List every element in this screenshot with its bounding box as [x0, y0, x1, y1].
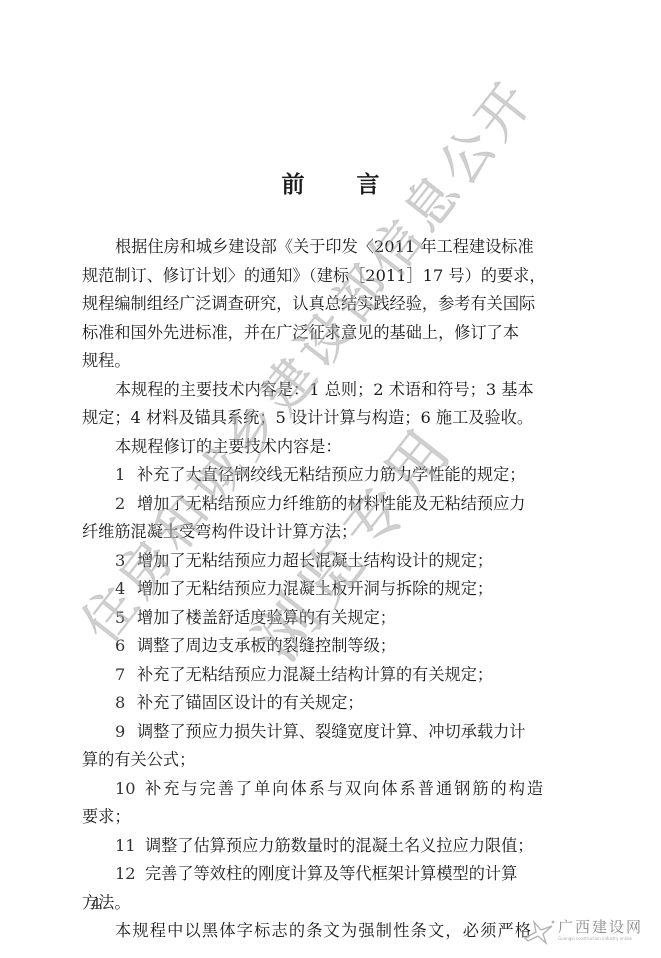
revision-number: 4	[115, 575, 137, 604]
revision-number: 11	[115, 832, 145, 861]
revision-text: 补充与完善了单向体系与双向体系普通钢筋的构造	[145, 779, 545, 798]
logo-subtitle: Guangxi construction industry online	[558, 936, 632, 941]
paragraph-line: 规程。	[82, 347, 576, 376]
paragraph-line: 规程编制组经广泛调查研究，认真总结实践经验，参考有关国际	[82, 290, 576, 319]
revision-item-2-cont: 纤维筋混凝土受弯构件设计计算方法；	[82, 518, 576, 547]
revision-number: 12	[115, 860, 145, 889]
revision-text: 调整了估算预应力筋数量时的混凝土名义拉应力限值；	[145, 836, 534, 855]
revision-intro: 本规程修订的主要技术内容是：	[82, 433, 576, 462]
page-number: 4	[91, 895, 101, 913]
revision-text: 补充了大直径钢绞线无粘结预应力筋力学性能的规定；	[137, 465, 526, 484]
revision-text: 增加了无粘结预应力超长混凝土结构设计的规定；	[137, 551, 493, 570]
revision-number: 6	[115, 632, 137, 661]
revision-item-9-cont: 算的有关公式；	[82, 746, 576, 775]
revision-item-10: 10补充与完善了单向体系与双向体系普通钢筋的构造	[82, 775, 576, 804]
revision-text: 调整了周边支承板的裂缝控制等级；	[137, 636, 396, 655]
mandatory-clause-note: 本规程中以黑体字标志的条文为强制性条文，必须严格	[82, 917, 576, 946]
site-logo: 广西建设网 Guangxi construction industry onli…	[520, 914, 661, 950]
revision-text: 调整了预应力损失计算、裂缝宽度计算、冲切承载力计	[137, 722, 526, 741]
revision-item-3: 3增加了无粘结预应力超长混凝土结构设计的规定；	[82, 547, 576, 576]
revision-number: 9	[115, 718, 137, 747]
star-logo-icon	[522, 916, 556, 946]
revision-item-8: 8补充了锚固区设计的有关规定；	[82, 689, 576, 718]
revision-number: 1	[115, 461, 137, 490]
document-body: 根据住房和城乡建设部《关于印发〈2011 年工程建设标准 规范制订、修订计划〉的…	[82, 233, 576, 946]
revision-item-10-cont: 要求；	[82, 803, 576, 832]
revision-number: 7	[115, 661, 137, 690]
revision-item-5: 5增加了楼盖舒适度验算的有关规定；	[82, 604, 576, 633]
revision-item-12-cont: 方法。	[82, 889, 576, 918]
revision-item-9: 9调整了预应力损失计算、裂缝宽度计算、冲切承载力计	[82, 718, 576, 747]
revision-text: 增加了楼盖舒适度验算的有关规定；	[137, 608, 396, 627]
revision-text: 完善了等效柱的刚度计算及等代框架计算模型的计算	[145, 864, 517, 883]
revision-text: 增加了无粘结预应力纤维筋的材料性能及无粘结预应力	[137, 494, 526, 513]
document-page: 前言 根据住房和城乡建设部《关于印发〈2011 年工程建设标准 规范制订、修订计…	[0, 0, 661, 958]
page-title: 前言	[0, 166, 661, 199]
revision-item-4: 4增加了无粘结预应力混凝土板开洞与拆除的规定；	[82, 575, 576, 604]
revision-text: 增加了无粘结预应力混凝土板开洞与拆除的规定；	[137, 579, 493, 598]
revision-item-11: 11调整了估算预应力筋数量时的混凝土名义拉应力限值；	[82, 832, 576, 861]
revision-text: 补充了无粘结预应力混凝土结构计算的有关规定；	[137, 665, 493, 684]
revision-item-12: 12完善了等效柱的刚度计算及等代框架计算模型的计算	[82, 860, 576, 889]
revision-item-1: 1补充了大直径钢绞线无粘结预应力筋力学性能的规定；	[82, 461, 576, 490]
revision-number: 8	[115, 689, 137, 718]
revision-item-7: 7补充了无粘结预应力混凝土结构计算的有关规定；	[82, 661, 576, 690]
revision-item-2: 2增加了无粘结预应力纤维筋的材料性能及无粘结预应力	[82, 490, 576, 519]
paragraph-line: 规定；4 材料及锚具系统；5 设计计算与构造；6 施工及验收。	[82, 404, 576, 433]
paragraph-line: 标准和国外先进标准，并在广泛征求意见的基础上，修订了本	[82, 319, 576, 348]
paragraph-line: 本规程的主要技术内容是：1 总则；2 术语和符号；3 基本	[82, 376, 576, 405]
revision-number: 2	[115, 490, 137, 519]
revision-number: 5	[115, 604, 137, 633]
revision-text: 补充了锚固区设计的有关规定；	[137, 693, 364, 712]
revision-item-6: 6调整了周边支承板的裂缝控制等级；	[82, 632, 576, 661]
paragraph-line: 规范制订、修订计划〉的通知》（建标［2011］17 号）的要求，	[82, 262, 576, 291]
revision-number: 3	[115, 547, 137, 576]
logo-name: 广西建设网	[558, 916, 643, 937]
revision-number: 10	[115, 775, 145, 804]
paragraph-line: 根据住房和城乡建设部《关于印发〈2011 年工程建设标准	[82, 233, 576, 262]
